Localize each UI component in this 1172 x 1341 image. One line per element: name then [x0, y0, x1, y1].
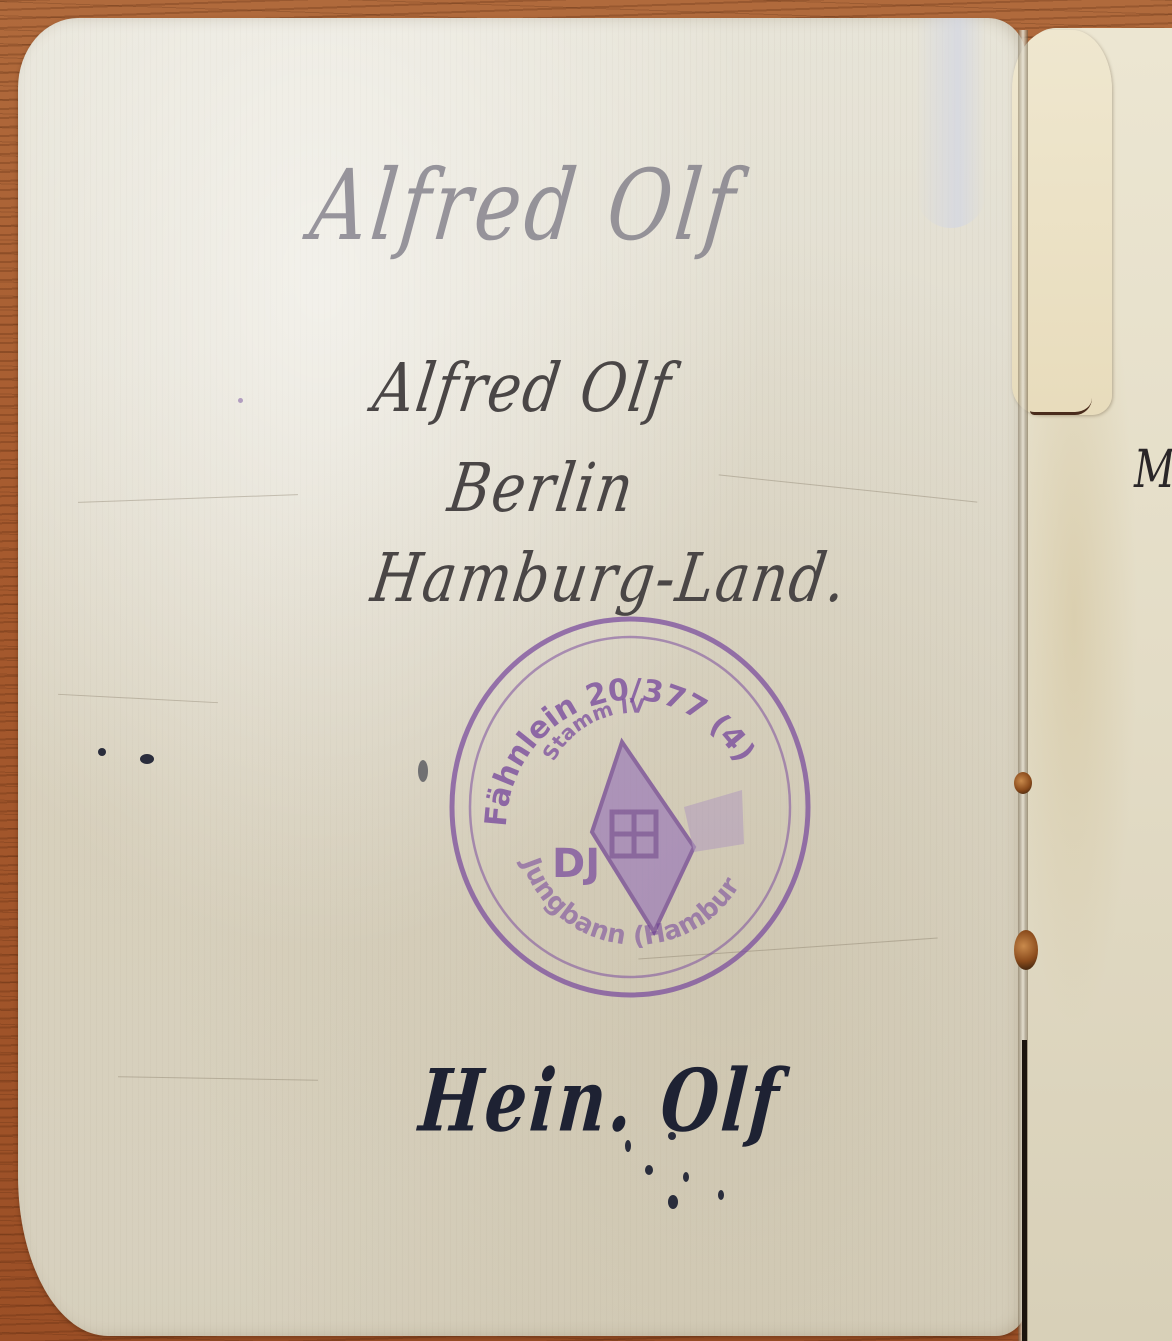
paper-crease — [118, 1076, 318, 1080]
stamp-initials: DJ — [552, 841, 600, 887]
pencil-name: Alfred Olf — [305, 150, 744, 263]
rusted-staple-icon — [1014, 772, 1032, 794]
stamp-bottom-text: Jungbann (Hamburg) — [444, 612, 746, 952]
ink-spot — [625, 1140, 631, 1152]
ink-spot — [645, 1165, 653, 1175]
handwritten-city: Berlin — [444, 450, 640, 528]
ink-spot — [668, 1195, 678, 1209]
ink-spot — [718, 1190, 724, 1200]
right-page-handwriting: M — [1134, 440, 1172, 500]
official-stamp: Fähnlein 20/377 (4) Stamm IV Jungbann (H… — [444, 612, 814, 1002]
stamp-graphic: Fähnlein 20/377 (4) Stamm IV Jungbann (H… — [444, 612, 814, 1002]
paper-crease — [78, 494, 298, 503]
spine-gap — [1022, 1040, 1027, 1341]
svg-text:Jungbann (Hamburg): Jungbann (Hamburg) — [444, 612, 746, 952]
ink-spot — [98, 748, 106, 756]
ink-spot — [418, 760, 428, 782]
ink-spot — [668, 1132, 676, 1140]
handwritten-name: Alfred Olf — [369, 350, 678, 428]
paper-crease — [58, 694, 218, 703]
tear-edge — [1030, 398, 1092, 415]
ink-spot — [140, 754, 154, 764]
handwritten-region: Hamburg-Land. — [367, 540, 854, 618]
paper-crease — [719, 474, 978, 502]
ink-spot — [238, 398, 243, 403]
signature: Hein. Olf — [416, 1050, 786, 1151]
rusted-staple-icon — [1014, 930, 1038, 970]
ink-spot — [683, 1172, 689, 1182]
